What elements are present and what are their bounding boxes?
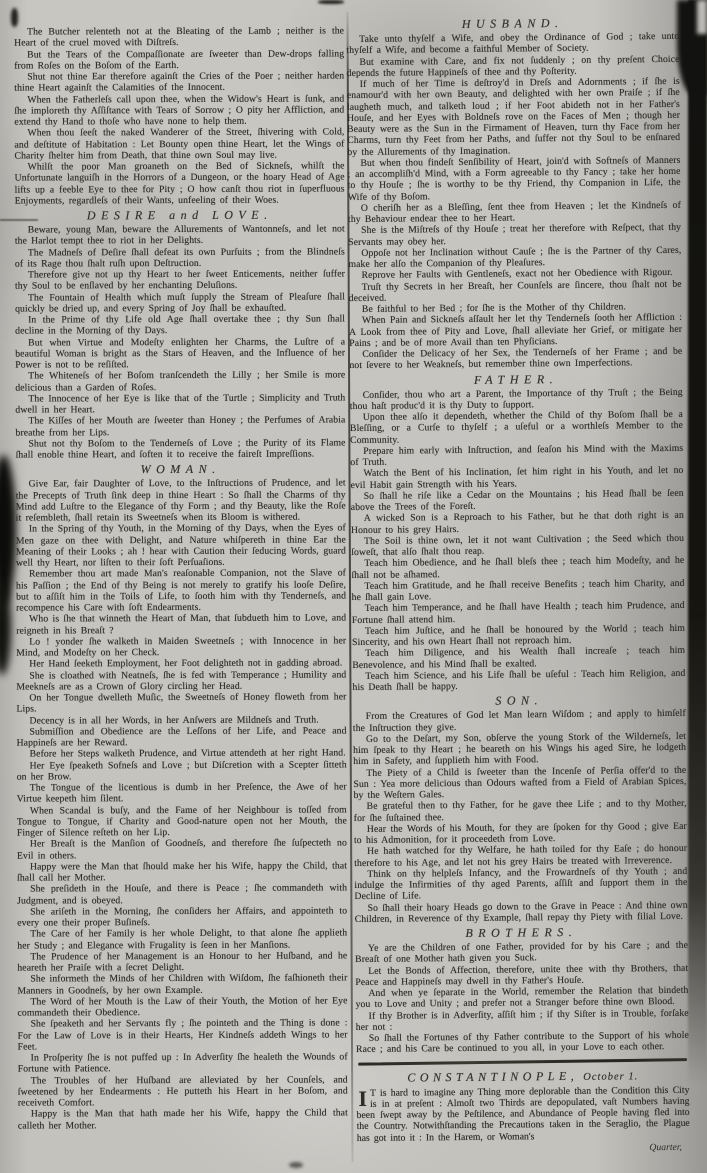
- paragraph: He hath watched for thy Welfare, he hath…: [354, 843, 687, 869]
- paragraph: Whilſt the poor Man groaneth on the Bed …: [15, 160, 345, 206]
- paragraph: When the Fatherleſs call upon thee, when…: [14, 93, 344, 128]
- paragraph: The Word of her Mouth is the Law of thei…: [17, 995, 347, 1019]
- paragraph: The Troubles of her Huſband are alleviat…: [18, 1074, 348, 1109]
- right-column-sections: HUSBAND.Take unto thyſelf a Wife, and ob…: [346, 15, 689, 1056]
- paragraph: When Scandal is buſy, and the Fame of he…: [17, 804, 347, 839]
- drop-cap: I: [356, 1087, 370, 1107]
- paragraph: She is cloathed with Neatneſs, ſhe is fe…: [16, 669, 346, 693]
- paragraph: Let the Bonds of Affection, therefore, u…: [355, 962, 688, 988]
- page-corner: [697, 0, 707, 34]
- news-date: October 1.: [583, 1071, 638, 1083]
- news-text: T is hard to imagine any Thing more depl…: [357, 1084, 690, 1143]
- paragraph: Before her Steps walketh Prudence, and V…: [17, 748, 347, 760]
- paragraph: So ſhall he riſe like a Cedar on the Mou…: [351, 488, 684, 514]
- paragraph: Happy is the Man that hath made her his …: [18, 1108, 348, 1132]
- news-dateline: CONSTANTINOPLE,October 1.: [356, 1065, 689, 1086]
- paragraph: Teach him Temperance, and he ſhall have …: [352, 600, 685, 626]
- paragraph: The Tongue of the licentious is dumb in …: [17, 781, 347, 805]
- paragraph: The Kiſſes of her Mouth are ſweeter than…: [15, 415, 345, 439]
- paragraph: The Madneſs of Deſire ſhall defeat its o…: [15, 246, 345, 270]
- section-heading: HUSBAND.: [346, 15, 679, 33]
- paragraph: Her Hand ſeeketh Employment, her Foot de…: [16, 658, 346, 670]
- right-column: HUSBAND.Take unto thyſelf a Wife, and ob…: [346, 13, 690, 1156]
- news-body: IT is hard to imagine any Thing more dep…: [356, 1084, 690, 1143]
- paragraph: Beware, young Man, beware the Allurement…: [15, 223, 345, 247]
- left-column: The Butcher relenteth not at the Bleatin…: [14, 25, 348, 1131]
- paragraph: The Whiteneſs of her Boſom tranſcendeth …: [15, 370, 345, 394]
- news-section: CONSTANTINOPLE,October 1. IT is hard to …: [356, 1058, 690, 1155]
- paragraph: If thy Brother is in Adverſity, aſſiſt h…: [356, 1007, 689, 1033]
- paragraph: Remember thou art made Man's reaſonable …: [16, 568, 346, 614]
- paragraph: She is the Miſtreſs of thy Houſe ; treat…: [348, 222, 681, 248]
- paragraph: When Pain and Sickneſs aſſault her let t…: [349, 312, 682, 349]
- paragraph: The Prudence of her Management is an Hon…: [17, 950, 347, 974]
- paragraph: Go to the Deſart, my Son, obſerve the yo…: [353, 731, 686, 768]
- ink-speck: [318, 0, 344, 4]
- section-heading: WOMAN.: [16, 462, 346, 478]
- paragraph: Decency is in all her Words, in her Anſw…: [16, 714, 346, 726]
- paragraph: Take unto thyſelf a Wife, and obey the O…: [346, 31, 679, 57]
- section-divider-rule: [358, 1058, 687, 1066]
- paragraph: Therefore give not up thy Heart to her ſ…: [15, 268, 345, 292]
- paragraph: Happy were the Man that ſhould make her …: [17, 860, 347, 884]
- paragraph: From the Creatures of God let Man learn …: [353, 708, 686, 734]
- paragraph: Ye are the Children of one Father, provi…: [355, 940, 688, 966]
- paragraph: She ſpeaketh and her Servants fly ; ſhe …: [18, 1018, 348, 1053]
- paragraph: So ſhall the Fortunes of thy Father cont…: [356, 1030, 689, 1056]
- paragraph: So ſhall their hoary Heads go down to th…: [355, 899, 688, 925]
- paragraph: Upon thee alſo it dependeth, whether the…: [350, 409, 683, 446]
- paragraph: Shut not thy Boſom to the Tenderneſs of …: [16, 437, 346, 461]
- paragraph: In the Prime of thy Life old Age ſhall o…: [15, 313, 345, 337]
- paragraph: The Fountain of Health which muſt ſupply…: [15, 291, 345, 315]
- ink-speck: [11, 8, 18, 27]
- paragraph: The Butcher relenteth not at the Bleatin…: [14, 25, 344, 49]
- section-heading: FATHER.: [349, 370, 682, 388]
- paragraph: She preſideth in the Houſe, and there is…: [17, 883, 347, 907]
- page-gutter-shadow: [688, 0, 707, 1085]
- paragraph: Who is ſhe that winneth the Heart of Man…: [16, 613, 346, 637]
- paragraph: But the Tears of the Compaſſionate are ſ…: [14, 48, 344, 72]
- paragraph: Teach him Science, and his Life ſhall be…: [352, 668, 685, 694]
- paragraph: But when Virtue and Modeſty enlighten he…: [15, 336, 345, 371]
- paragraph: On her Tongue dwelleth Muſic, the Sweetn…: [16, 691, 346, 715]
- paragraph: In Proſperity ſhe is not puffed up : In …: [18, 1051, 348, 1075]
- paragraph: Be grateful then to thy Father, for he g…: [354, 798, 687, 824]
- paragraph: In the Spring of thy Youth, in the Morni…: [16, 523, 346, 569]
- paragraph: Submiſſion and Obedience are the Leſſons…: [17, 725, 347, 749]
- paragraph: If much of her Time is deſtroy'd in Dreſ…: [347, 76, 681, 158]
- paragraph: Give Ear, fair Daughter of Love, to the …: [16, 478, 346, 524]
- paragraph: The Innocence of her Eye is like that of…: [15, 392, 345, 416]
- paragraph: And when ye ſeparate in the World, remem…: [355, 985, 688, 1011]
- paragraph: A wicked Son is a Reproach to his Father…: [351, 510, 684, 536]
- section-heading: BROTHERS.: [355, 924, 688, 942]
- news-city: CONSTANTINOPLE,: [407, 1068, 578, 1084]
- paragraph: Shut not thine Ear therefore againſt the…: [14, 70, 344, 94]
- paragraph: Think on thy helpleſs Infancy, and the F…: [354, 866, 687, 903]
- paragraph: Her Eye ſpeaketh Sofneſs and Love ; but …: [17, 759, 347, 783]
- paragraph: When thou ſeeſt the naked Wanderer of th…: [14, 127, 344, 162]
- paragraph: She ariſeth in the Morning, ſhe conſider…: [17, 905, 347, 929]
- ink-speck: [289, 1162, 303, 1168]
- paragraph: The Care of her Family is her whole Deli…: [17, 928, 347, 952]
- paragraph: The Piety of a Child is ſweeter than the…: [353, 764, 686, 801]
- paragraph: Lo ! yonder ſhe walketh in Maiden Sweetn…: [16, 635, 346, 659]
- paragraph: Truſt thy Secrets in her Breaſt, her Cou…: [349, 278, 682, 304]
- paragraph: Her Breaſt is the Manſion of Goodneſs, a…: [17, 838, 347, 862]
- paragraph: Conſider the Delicacy of her Sex, the Te…: [349, 346, 682, 372]
- section-heading: DESIRE and LOVE.: [15, 207, 345, 223]
- catchword: Quarter,: [357, 1142, 682, 1156]
- paragraph: Conſider, thou who art a Parent, the Imp…: [350, 386, 683, 412]
- paragraph: But when thou findeſt Senſibility of Hea…: [347, 155, 680, 203]
- paragraph: Teach him Diligence, and his Wealth ſhal…: [352, 645, 685, 671]
- paragraph: Watch the Bent of his Inclination, ſet h…: [350, 465, 683, 491]
- paragraph: She informeth the Minds of her Children …: [17, 973, 347, 997]
- paragraph: Teach him Obedience, and he ſhall bleſs …: [351, 555, 684, 581]
- newspaper-page: The Butcher relenteth not at the Bleatin…: [0, 0, 707, 1173]
- paragraph: But examine with Care, and fix not ſudde…: [346, 53, 679, 79]
